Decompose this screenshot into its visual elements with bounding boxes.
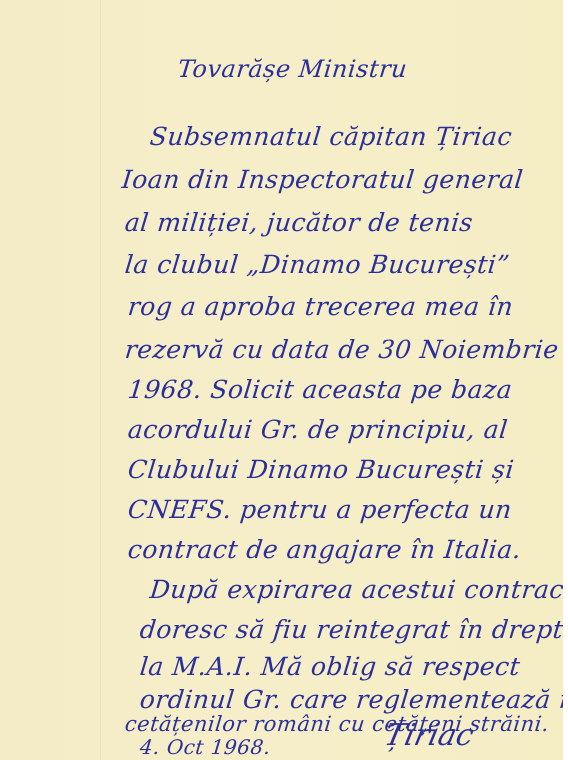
letter-paper: Tovarășe Ministru Subsemnatul căpitan Ți… xyxy=(0,0,563,760)
salutation: Tovarășe Ministru xyxy=(177,55,409,83)
letter-date: 4. Oct 1968. xyxy=(139,735,272,759)
body-line-8: acordului Gr. de principiu, al xyxy=(126,415,509,444)
body-line-11: contract de angajare în Italia. xyxy=(126,535,522,564)
body-line-14: la M.A.I. Mă oblig să respect xyxy=(138,652,521,681)
body-line-3: al miliției, jucător de tenis xyxy=(123,208,474,237)
body-line-15: ordinul Gr. care reglementează relațiile xyxy=(138,685,563,714)
body-line-4: la clubul „Dinamo București” xyxy=(123,250,511,279)
body-line-2: Ioan din Inspectoratul general xyxy=(120,165,524,194)
signature: Țiriac xyxy=(381,718,477,753)
body-line-7: 1968. Solicit aceasta pe baza xyxy=(126,375,513,404)
body-line-9: Clubului Dinamo București și xyxy=(126,455,515,484)
body-line-12: După expirarea acestui contract xyxy=(148,575,563,604)
body-line-13: doresc să fiu reintegrat în drepturi xyxy=(138,615,563,644)
body-line-10: CNEFS. pentru a perfecta un xyxy=(126,495,513,524)
paper-fold-line xyxy=(100,0,101,760)
body-line-16: cetățenilor români cu cetățeni străini. xyxy=(124,712,551,736)
body-line-1: Subsemnatul căpitan Țiriac xyxy=(148,122,513,151)
body-line-6: rezervă cu data de 30 Noiembrie xyxy=(123,335,560,364)
body-line-5: rog a aproba trecerea mea în xyxy=(126,292,514,321)
